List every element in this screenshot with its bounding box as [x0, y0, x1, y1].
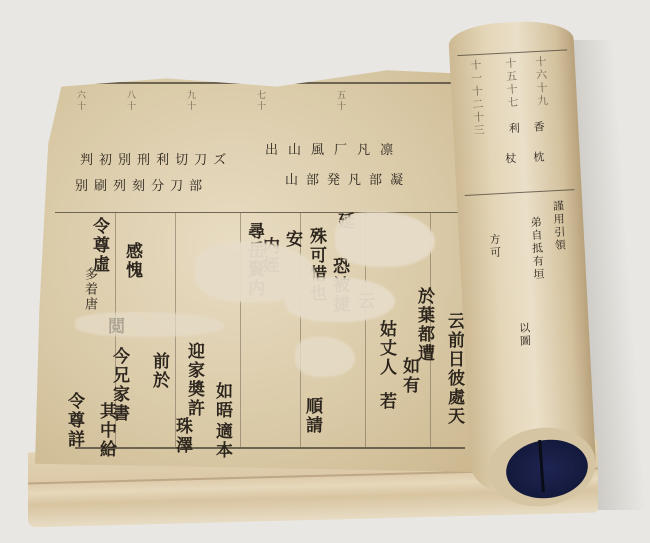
- upper-text: 五十: [335, 90, 344, 150]
- upper-text: 六十: [75, 90, 84, 150]
- roll-rule: [465, 189, 575, 196]
- roll-text: 方可: [489, 233, 501, 260]
- upper-text: 九十: [185, 90, 194, 150]
- text-column: 安: [283, 230, 300, 249]
- text-column: 前於: [150, 352, 167, 390]
- text-column: 姑丈人: [377, 320, 394, 377]
- text-column: 多着唐: [83, 267, 96, 312]
- text-column: 適本: [213, 422, 230, 460]
- radical-row-top: 判初別刑利切刀ズ: [80, 154, 232, 167]
- text-column: 如晤: [213, 382, 230, 420]
- roll-text: 枕: [532, 151, 544, 165]
- text-column: 迎家奬許: [185, 342, 202, 418]
- text-column: 如有: [400, 357, 417, 395]
- upper-text: 八十: [125, 90, 134, 150]
- paper-damage: [335, 212, 435, 267]
- text-column: 云前日彼處天: [445, 312, 462, 426]
- text-column: 令尊詳: [65, 392, 82, 449]
- text-column: 其中給: [97, 402, 114, 459]
- roll-text: 弟自抵有垣: [530, 216, 544, 281]
- paper-damage: [285, 277, 395, 322]
- middle-rule: [55, 212, 465, 213]
- roll-rule: [457, 49, 567, 56]
- paper-damage: [75, 312, 225, 337]
- radical-row-bottom: 别刷列刻分刀部: [75, 180, 208, 193]
- text-column: 順請: [303, 397, 320, 435]
- roll-text: 利: [508, 122, 520, 136]
- text-column: 若: [377, 392, 394, 411]
- roll-text: 杖: [505, 152, 517, 166]
- radical-row-top-right: 出山風厂凡凛: [265, 144, 403, 157]
- rolled-pages: 十一十二十三 十五十七 十六十九 香 利 杖 枕 謹用引領 弟自抵有垣 方可 以…: [448, 19, 597, 495]
- open-page: 六十 八十 九十 七十 五十 判初別刑利切刀ズ 出山風厂凡凛 别刷列刻分刀部 山…: [35, 62, 475, 472]
- paper-damage: [295, 337, 355, 377]
- radical-row-bottom-right: 山部発凡部凝: [285, 174, 411, 187]
- text-column: 令尊虛: [90, 217, 107, 274]
- text-column: 於葉都遭: [415, 287, 432, 363]
- roll-text: 香: [533, 121, 545, 135]
- photo-scene: 六十 八十 九十 七十 五十 判初別刑利切刀ズ 出山風厂凡凛 别刷列刻分刀部 山…: [0, 0, 650, 543]
- upper-text: 七十: [255, 90, 264, 150]
- text-column: 珠澤: [173, 417, 190, 455]
- roll-text: 謹用引領: [552, 200, 566, 253]
- top-border-rule: [55, 82, 475, 84]
- bottom-border-rule: [75, 447, 465, 449]
- roll-text: 以圖: [518, 322, 530, 349]
- roll-small-text: 十一十二十三: [470, 59, 485, 139]
- text-column: 感愧: [123, 242, 140, 280]
